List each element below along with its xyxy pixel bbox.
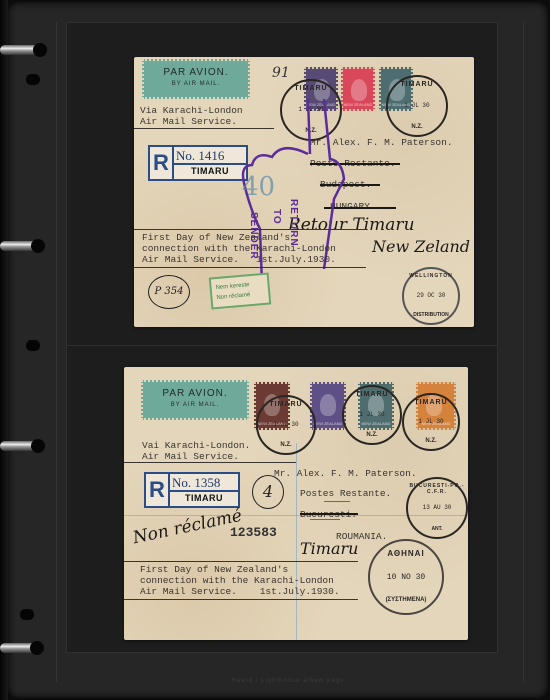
page-margin-line xyxy=(56,22,57,682)
handwritten-timaru: Timaru xyxy=(300,539,358,558)
athens-postmark: ΑΘΗΝΑΙ 10 NO 30 (ΣΥΣΤΗΜΕΝΑ) xyxy=(368,539,444,615)
route-line-2: Air Mail Service. xyxy=(140,116,237,127)
ring-hole xyxy=(33,43,47,57)
pencil-note: 91 xyxy=(272,65,290,81)
registration-label: R No. 1358 TIMARU xyxy=(144,472,240,508)
punch-hole xyxy=(26,340,40,351)
first-day-line-2: connection with the Karachi-London xyxy=(140,575,334,586)
pencil-circle-note: P 354 xyxy=(148,275,190,309)
timaru-postmark: TIMARU 1 JL 30 N.Z. xyxy=(402,393,460,451)
punch-hole xyxy=(20,609,34,620)
registration-r: R xyxy=(146,474,170,506)
route-line-1: Via Karachi-London xyxy=(140,105,243,116)
registration-divider xyxy=(170,490,238,492)
registration-town: TIMARU xyxy=(170,493,238,503)
ring-hole xyxy=(31,239,45,253)
ring-hole xyxy=(30,641,44,655)
registration-number: No. 1358 xyxy=(172,475,220,491)
par-avion-label: PAR AVION. BY AIR MAIL. xyxy=(142,59,250,99)
bucharest-postmark: BUCURESTI-PO.-C.F.R. 13 AU 30 ANT. xyxy=(406,477,468,539)
underline xyxy=(124,599,358,600)
first-day-line-3: Air Mail Service. 1st.July.1930. xyxy=(142,254,336,265)
registration-divider xyxy=(174,163,246,165)
underline xyxy=(124,561,358,562)
air-label-line1: PAR AVION. xyxy=(143,388,247,399)
wellington-postmark: WELLINGTON 29 OC 30 DISTRIBUTION xyxy=(402,267,460,325)
address-line-1: Mr. Alex. F. M. Paterson. xyxy=(274,468,417,479)
album-footer: Hawid / Lighthouse album page xyxy=(68,678,508,684)
cover-top[interactable]: PAR AVION. BY AIR MAIL. 91 Via Karachi-L… xyxy=(134,57,474,327)
strike-through xyxy=(300,513,358,515)
non-reclame-label: Nem kereste Non réclamé xyxy=(209,272,272,309)
punch-hole xyxy=(26,74,40,85)
red-underline xyxy=(324,501,350,502)
route-line-1: Vai Karachi-London. xyxy=(142,440,250,451)
route-line-2: Air Mail Service. xyxy=(142,451,239,462)
return-to-sender-to: TO xyxy=(271,209,282,225)
first-day-line-3: Air Mail Service. 1st.July.1930. xyxy=(140,586,340,597)
first-day-line-2: connection with the Karachi-London xyxy=(142,243,336,254)
underline xyxy=(124,462,296,463)
red-underline xyxy=(310,519,340,520)
underline xyxy=(134,229,366,230)
pencil-circle-number: 4 xyxy=(252,475,284,509)
registration-town: TIMARU xyxy=(174,166,246,176)
album-spine xyxy=(0,0,8,700)
registration-r: R xyxy=(150,147,174,179)
timaru-postmark: TIMARU 1 JL 30 N.Z. xyxy=(386,75,448,137)
timaru-postmark: TIMARU 1 JL 30 N.Z. xyxy=(256,395,316,455)
underline xyxy=(134,267,366,268)
handstamp-number: 123583 xyxy=(230,527,277,538)
air-label-line1: PAR AVION. xyxy=(144,67,248,78)
first-day-line-1: First Day of New Zealand's xyxy=(142,232,290,243)
page-margin-line xyxy=(523,22,524,682)
handwritten-non-reclame: Non réclamé xyxy=(131,506,244,549)
timaru-postmark: TIMARU 1 JL 30 N.Z. xyxy=(342,385,402,445)
first-day-line-1: First Day of New Zealand's xyxy=(140,564,288,575)
address-line-2: Postes Restante. xyxy=(300,488,391,499)
blue-pencil-number: 40 xyxy=(242,172,275,202)
handwritten-country: New Zeland xyxy=(372,237,470,256)
par-avion-label: PAR AVION. BY AIR MAIL. xyxy=(141,380,249,420)
cover-bottom[interactable]: PAR AVION. BY AIR MAIL. Vai Karachi-Lond… xyxy=(124,367,468,640)
ring-hole xyxy=(31,439,45,453)
air-label-line2: BY AIR MAIL. xyxy=(143,402,247,408)
registration-label: R No. 1416 TIMARU xyxy=(148,145,248,181)
air-label-line2: BY AIR MAIL. xyxy=(144,81,248,87)
registration-number: No. 1416 xyxy=(176,148,224,164)
